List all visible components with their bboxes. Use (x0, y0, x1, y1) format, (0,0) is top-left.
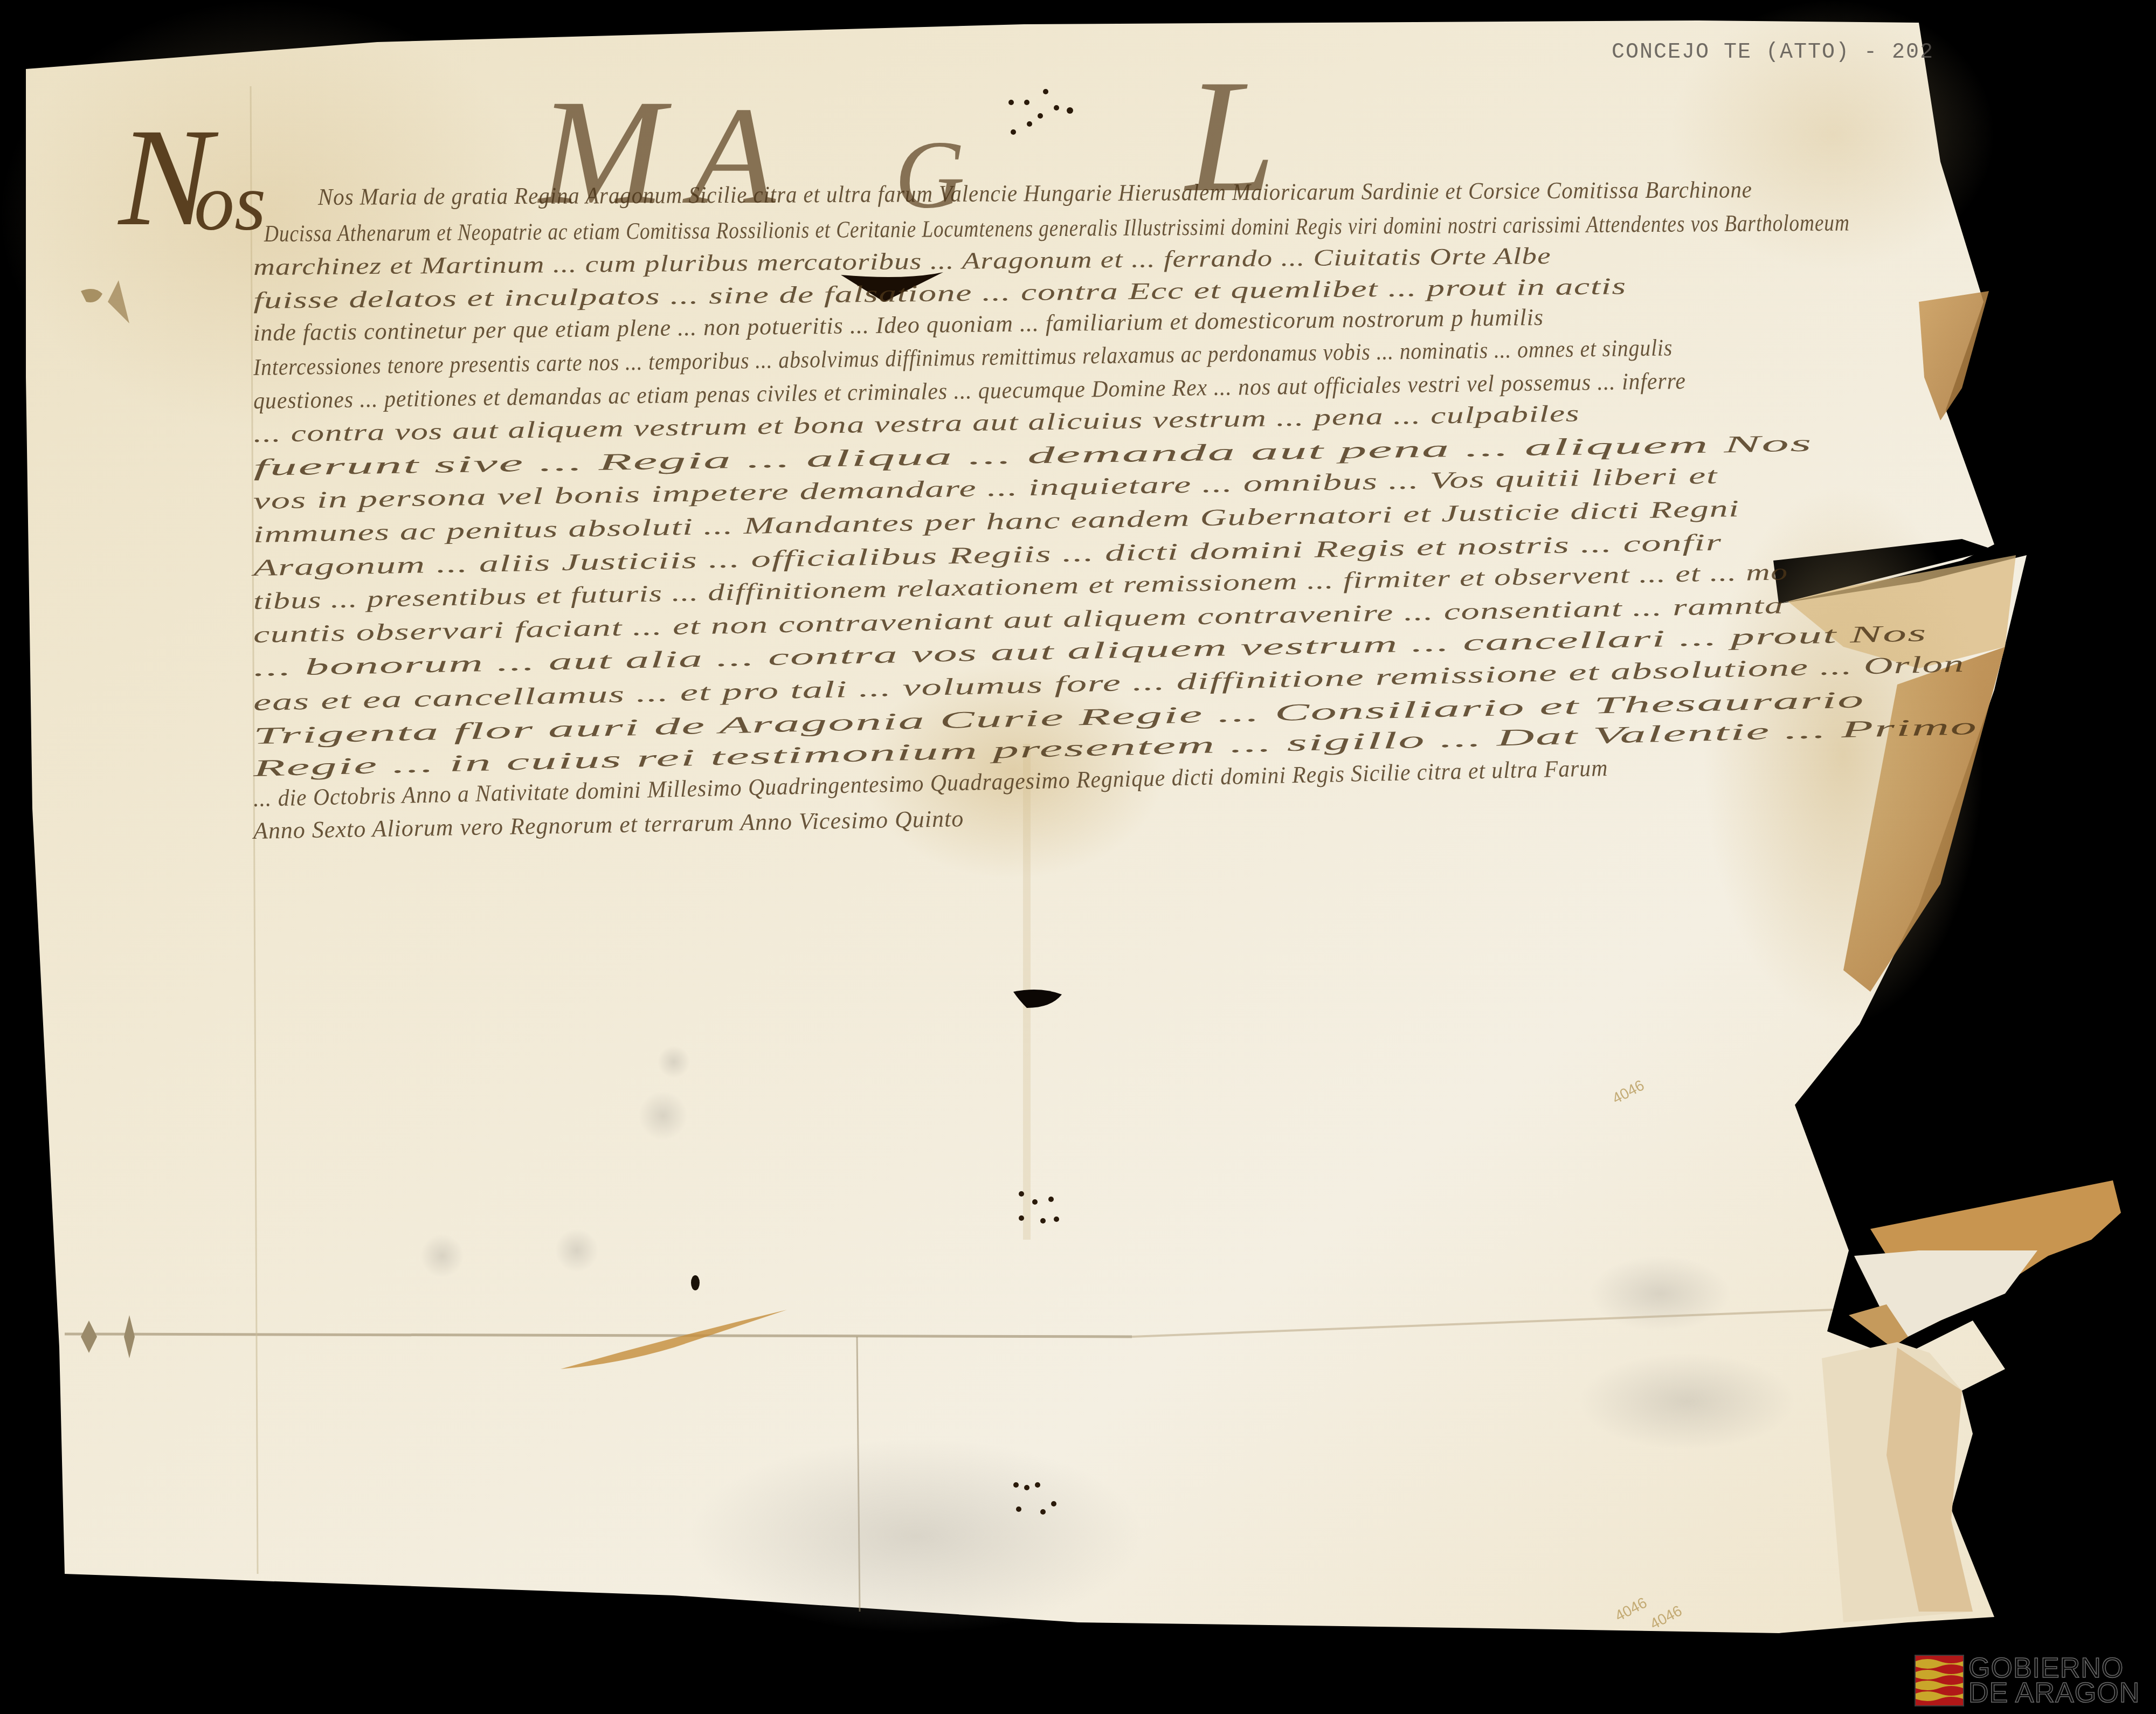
logo-line-2: DE ARAGON (1968, 1681, 2140, 1705)
document-viewer: N os M A L G Nos Maria de gratia Regina … (0, 0, 2156, 1714)
archival-reference-label: CONCEJO TE (ATTO) - 202 (1612, 40, 1934, 65)
initial-g: G (895, 119, 965, 230)
gobierno-de-aragon-logo: GOBIERNO DE ARAGON (1915, 1654, 2140, 1708)
initial-os: os (194, 156, 266, 249)
logo-wordmark: GOBIERNO DE ARAGON (1968, 1656, 2140, 1705)
aragon-flag-icon (1915, 1655, 1964, 1706)
initial-a: A (690, 75, 776, 237)
initial-m: M (539, 65, 665, 239)
